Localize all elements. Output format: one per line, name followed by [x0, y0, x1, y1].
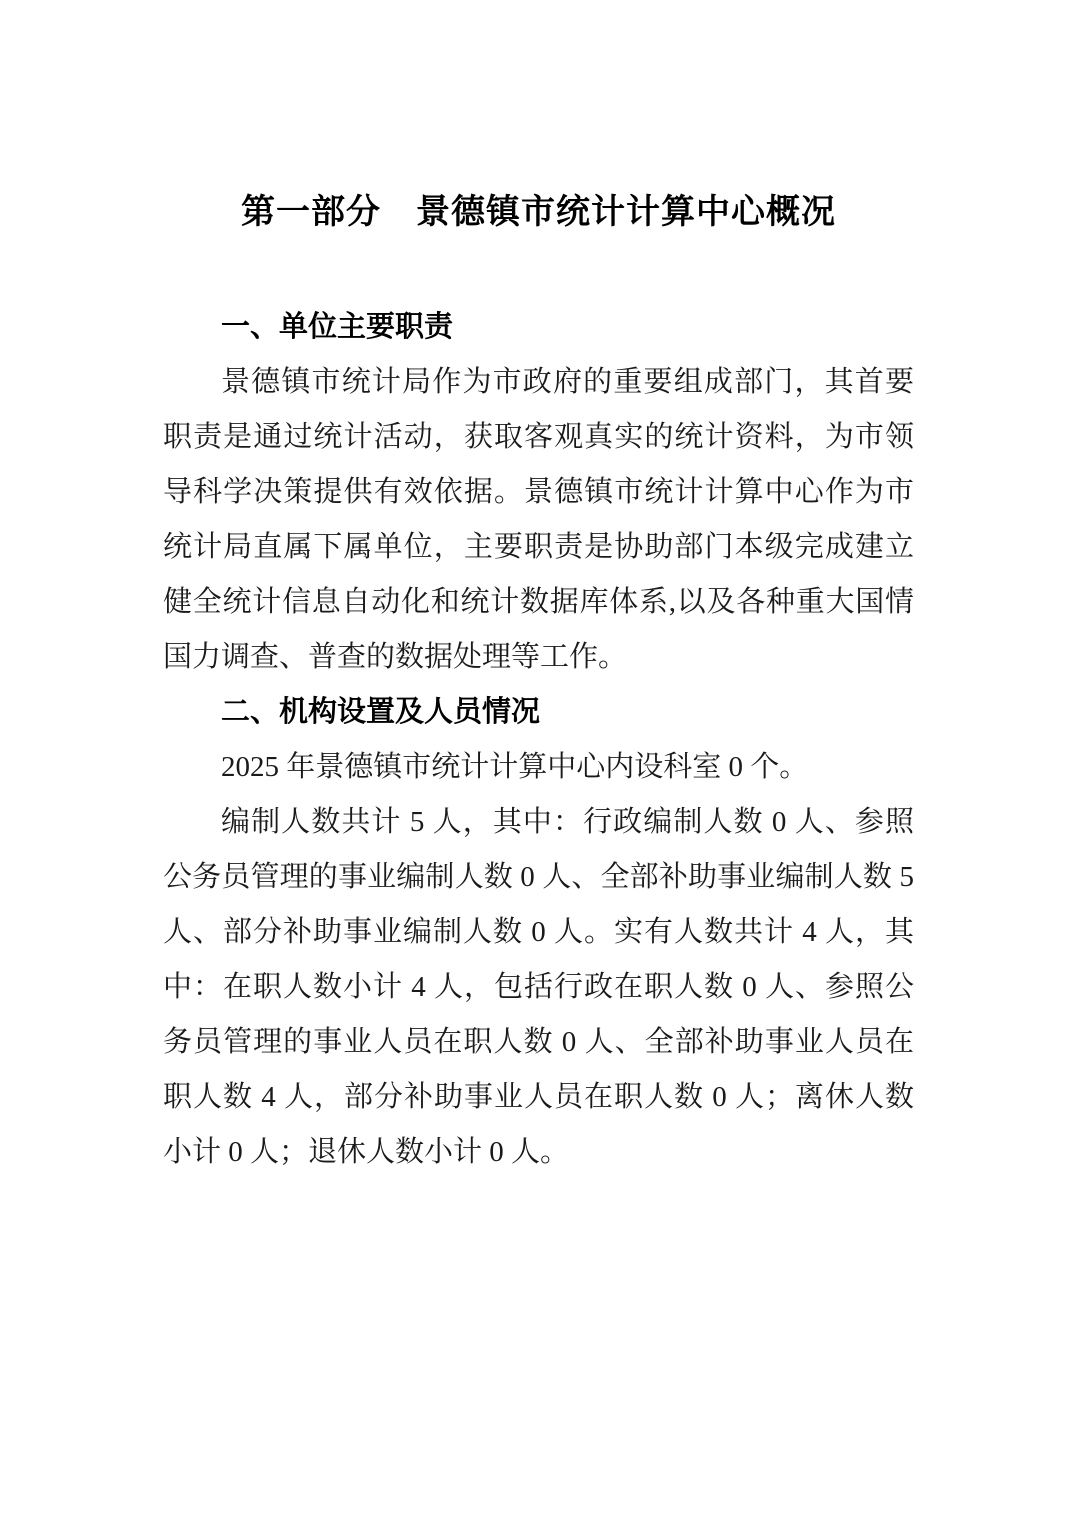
- document-title: 第一部分 景德镇市统计计算中心概况: [163, 185, 914, 240]
- section-unit-duties: 一、单位主要职责 景德镇市统计局作为市政府的重要组成部门，其首要职责是通过统计活…: [163, 300, 914, 685]
- section-staffing: 二、机构设置及人员情况 2025 年景德镇市统计计算中心内设科室 0 个。 编制…: [163, 685, 914, 1180]
- section-2-paragraph-1: 2025 年景德镇市统计计算中心内设科室 0 个。: [163, 740, 914, 795]
- section-1-heading: 一、单位主要职责: [163, 300, 914, 355]
- section-2-heading: 二、机构设置及人员情况: [163, 685, 914, 740]
- document-page: 第一部分 景德镇市统计计算中心概况 一、单位主要职责 景德镇市统计局作为市政府的…: [0, 0, 1074, 1520]
- section-2-paragraph-2: 编制人数共计 5 人，其中：行政编制人数 0 人、参照公务员管理的事业编制人数 …: [163, 795, 914, 1180]
- section-1-paragraph-1: 景德镇市统计局作为市政府的重要组成部门，其首要职责是通过统计活动，获取客观真实的…: [163, 355, 914, 685]
